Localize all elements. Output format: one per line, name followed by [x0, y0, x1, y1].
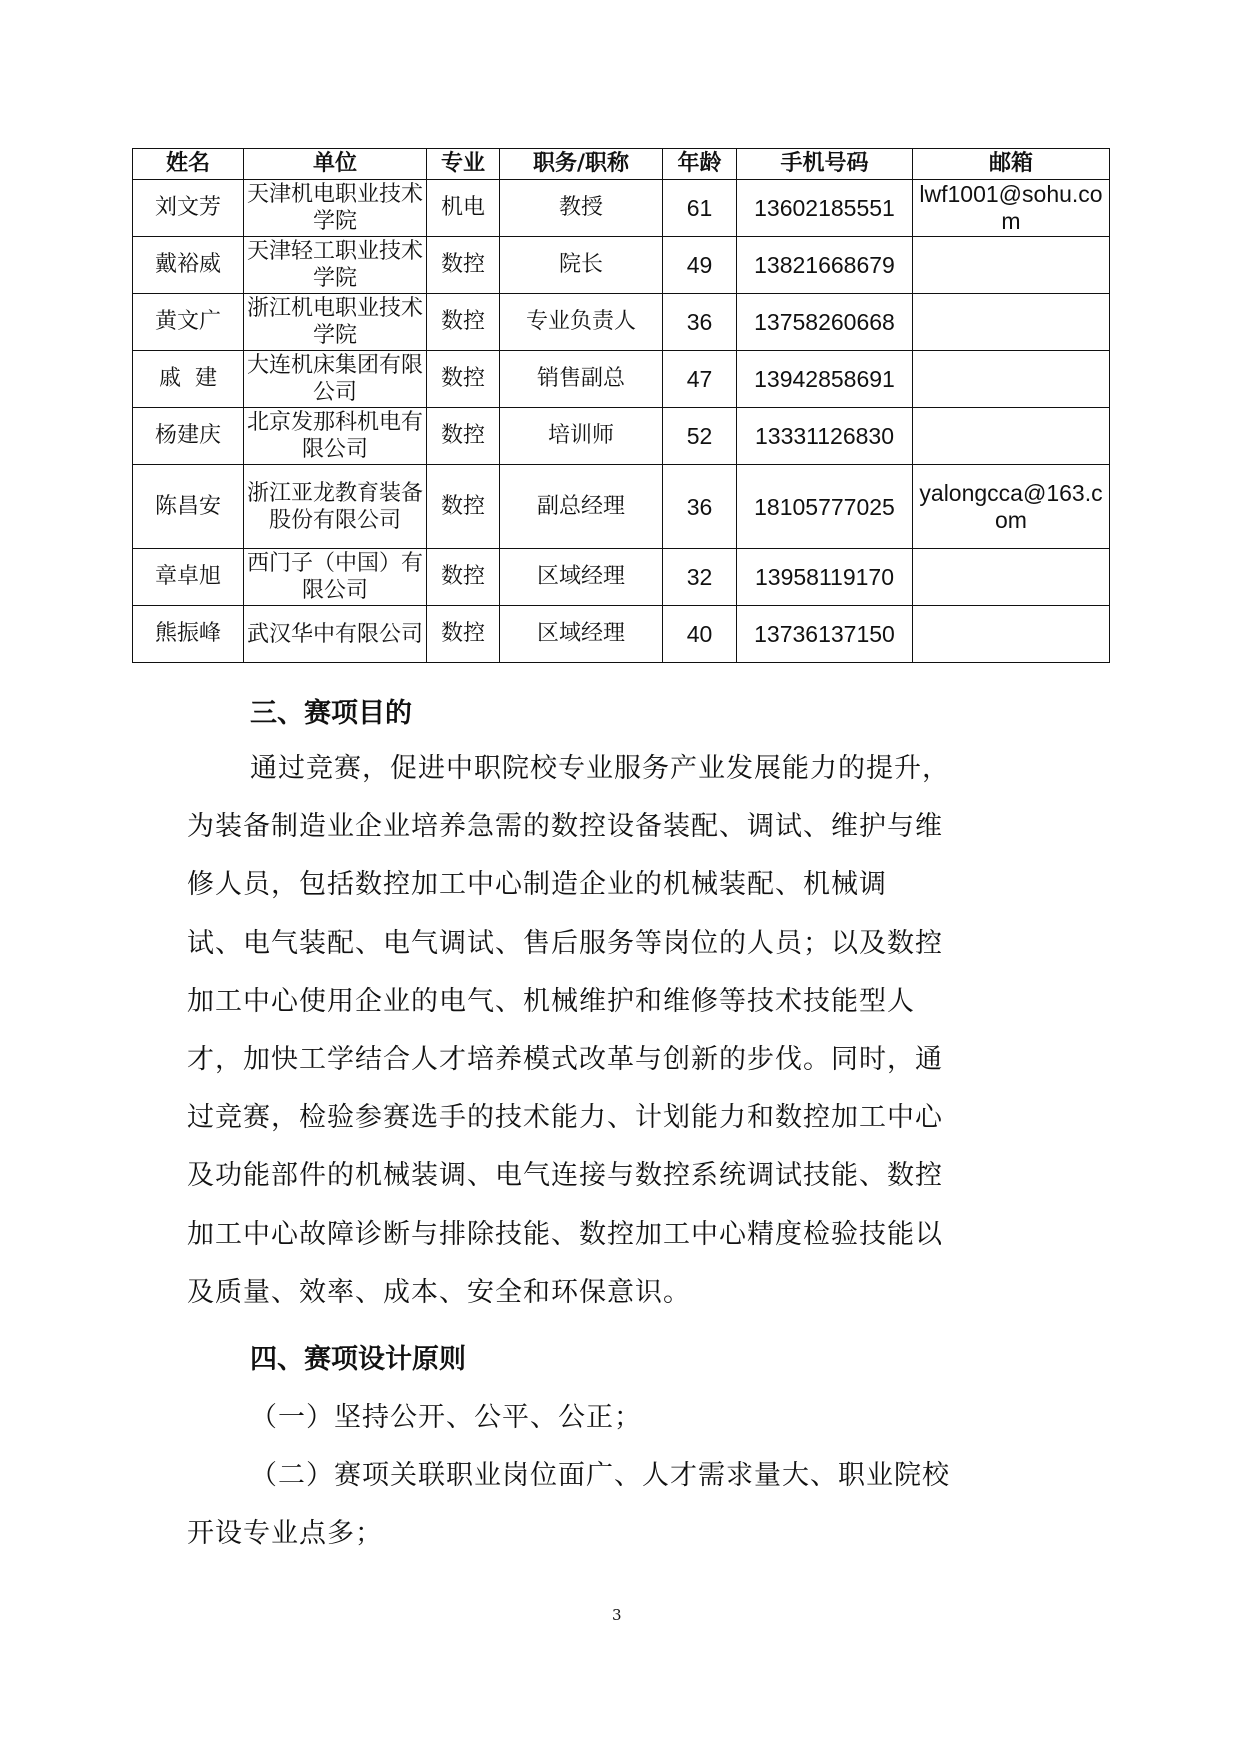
cell-title: 副总经理: [500, 465, 663, 549]
cell-email: [913, 606, 1110, 663]
cell-age: 36: [663, 465, 737, 549]
cell-age: 61: [663, 180, 737, 237]
paragraph-line: 通过竞赛，促进中职院校专业服务产业发展能力的提升，: [187, 740, 1055, 798]
purpose-paragraph: 通过竞赛，促进中职院校专业服务产业发展能力的提升， 为装备制造业企业培养急需的数…: [187, 740, 1055, 1322]
cell-phone: 13758260668: [737, 294, 913, 351]
table-row: 戴裕威 天津轻工职业技术学院 数控 院长 49 13821668679: [133, 237, 1110, 294]
principle-item-2: （二）赛项关联职业岗位面广、人才需求量大、职业院校: [250, 1456, 950, 1496]
cell-major: 数控: [427, 408, 500, 465]
document-page: 姓名 单位 专业 职务/职称 年龄 手机号码 邮箱 刘文芳 天津机电职业技术学院…: [0, 0, 1241, 1754]
principle-item-1: （一）坚持公开、公平、公正；: [250, 1398, 642, 1438]
cell-phone: 13942858691: [737, 351, 913, 408]
cell-title: 区域经理: [500, 549, 663, 606]
cell-phone: 13602185551: [737, 180, 913, 237]
header-major: 专业: [427, 149, 500, 180]
paragraph-line: 修人员，包括数控加工中心制造企业的机械装配、机械调: [187, 856, 1055, 914]
paragraph-line: 试、电气装配、电气调试、售后服务等岗位的人员；以及数控: [187, 915, 1055, 973]
expert-table: 姓名 单位 专业 职务/职称 年龄 手机号码 邮箱 刘文芳 天津机电职业技术学院…: [132, 148, 1110, 663]
cell-unit: 大连机床集团有限公司: [244, 351, 427, 408]
cell-unit: 北京发那科机电有限公司: [244, 408, 427, 465]
paragraph-line: 加工中心故障诊断与排除技能、数控加工中心精度检验技能以: [187, 1206, 1055, 1264]
header-title: 职务/职称: [500, 149, 663, 180]
cell-unit: 西门子（中国）有限公司: [244, 549, 427, 606]
paragraph-line: 及功能部件的机械装调、电气连接与数控系统调试技能、数控: [187, 1147, 1055, 1205]
cell-age: 36: [663, 294, 737, 351]
paragraph-line: 才，加快工学结合人才培养模式改革与创新的步伐。同时，通: [187, 1031, 1055, 1089]
cell-email: [913, 294, 1110, 351]
header-unit: 单位: [244, 149, 427, 180]
cell-age: 40: [663, 606, 737, 663]
cell-name: 刘文芳: [133, 180, 244, 237]
table-row: 杨建庆 北京发那科机电有限公司 数控 培训师 52 13331126830: [133, 408, 1110, 465]
cell-unit: 天津轻工职业技术学院: [244, 237, 427, 294]
cell-phone: 13736137150: [737, 606, 913, 663]
cell-name: 陈昌安: [133, 465, 244, 549]
cell-major: 数控: [427, 549, 500, 606]
cell-major: 数控: [427, 294, 500, 351]
table-row: 戚 建 大连机床集团有限公司 数控 销售副总 47 13942858691: [133, 351, 1110, 408]
table-row: 陈昌安 浙江亚龙教育装备股份有限公司 数控 副总经理 36 1810577702…: [133, 465, 1110, 549]
table-row: 刘文芳 天津机电职业技术学院 机电 教授 61 13602185551 lwf1…: [133, 180, 1110, 237]
cell-major: 数控: [427, 351, 500, 408]
cell-age: 32: [663, 549, 737, 606]
cell-age: 49: [663, 237, 737, 294]
cell-title: 院长: [500, 237, 663, 294]
header-age: 年龄: [663, 149, 737, 180]
cell-unit: 武汉华中有限公司: [244, 606, 427, 663]
cell-name: 黄文广: [133, 294, 244, 351]
header-phone: 手机号码: [737, 149, 913, 180]
cell-name: 戴裕威: [133, 237, 244, 294]
cell-age: 47: [663, 351, 737, 408]
cell-name: 戚 建: [133, 351, 244, 408]
cell-email: [913, 549, 1110, 606]
cell-major: 数控: [427, 606, 500, 663]
cell-name: 熊振峰: [133, 606, 244, 663]
cell-email: lwf1001@sohu.com: [913, 180, 1110, 237]
cell-email: yalongcca@163.com: [913, 465, 1110, 549]
cell-title: 培训师: [500, 408, 663, 465]
cell-phone: 13958119170: [737, 549, 913, 606]
section-heading-purpose: 三、赛项目的: [250, 694, 412, 734]
cell-phone: 13331126830: [737, 408, 913, 465]
cell-unit: 浙江亚龙教育装备股份有限公司: [244, 465, 427, 549]
header-name: 姓名: [133, 149, 244, 180]
cell-unit: 浙江机电职业技术学院: [244, 294, 427, 351]
table-row: 黄文广 浙江机电职业技术学院 数控 专业负责人 36 13758260668: [133, 294, 1110, 351]
paragraph-line: 过竞赛，检验参赛选手的技术能力、计划能力和数控加工中心: [187, 1089, 1055, 1147]
cell-phone: 18105777025: [737, 465, 913, 549]
cell-title: 销售副总: [500, 351, 663, 408]
cell-name: 章卓旭: [133, 549, 244, 606]
cell-name: 杨建庆: [133, 408, 244, 465]
cell-age: 52: [663, 408, 737, 465]
section-heading-principles: 四、赛项设计原则: [250, 1340, 466, 1380]
page-number: 3: [612, 1606, 622, 1624]
cell-title: 教授: [500, 180, 663, 237]
principle-item-2-cont: 开设专业点多；: [187, 1514, 383, 1554]
paragraph-line: 加工中心使用企业的电气、机械维护和维修等技术技能型人: [187, 973, 1055, 1031]
cell-email: [913, 408, 1110, 465]
cell-unit: 天津机电职业技术学院: [244, 180, 427, 237]
table-row: 熊振峰 武汉华中有限公司 数控 区域经理 40 13736137150: [133, 606, 1110, 663]
cell-title: 专业负责人: [500, 294, 663, 351]
paragraph-line: 及质量、效率、成本、安全和环保意识。: [187, 1264, 1055, 1322]
cell-title: 区域经理: [500, 606, 663, 663]
paragraph-line: 为装备制造业企业培养急需的数控设备装配、调试、维护与维: [187, 798, 1055, 856]
cell-email: [913, 351, 1110, 408]
table-header-row: 姓名 单位 专业 职务/职称 年龄 手机号码 邮箱: [133, 149, 1110, 180]
table-row: 章卓旭 西门子（中国）有限公司 数控 区域经理 32 13958119170: [133, 549, 1110, 606]
cell-email: [913, 237, 1110, 294]
cell-major: 机电: [427, 180, 500, 237]
header-email: 邮箱: [913, 149, 1110, 180]
cell-phone: 13821668679: [737, 237, 913, 294]
cell-major: 数控: [427, 465, 500, 549]
cell-major: 数控: [427, 237, 500, 294]
